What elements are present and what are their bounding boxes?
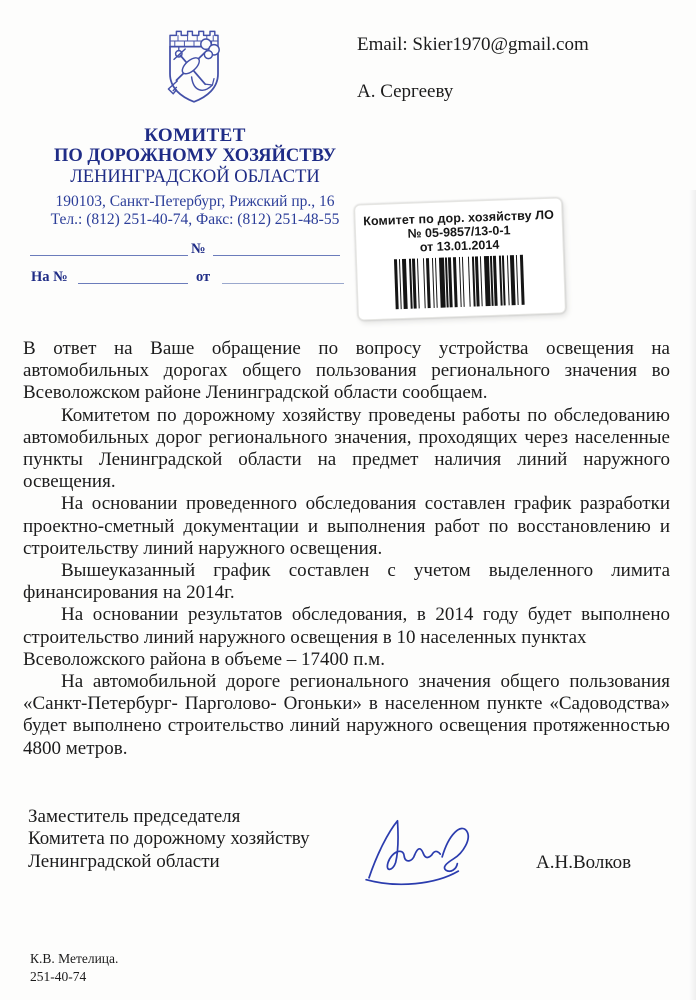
- body-line: автомобильных дорогах общего пользования…: [23, 360, 670, 382]
- body-line: строительству линий наружного освещения.: [23, 538, 670, 560]
- reply-to-number-label: На №: [31, 269, 68, 286]
- executor-block: К.В. Метелица. 251-40-74: [30, 950, 118, 985]
- number-sign-label: №: [191, 241, 206, 258]
- reply-number-blank-line: [78, 271, 188, 284]
- letter-page: КОМИТЕТ ПО ДОРОЖНОМУ ХОЗЯЙСТВУ ЛЕНИНГРАД…: [0, 0, 696, 1000]
- body-paragraph: Комитетом по дорожному хозяйству проведе…: [23, 405, 670, 494]
- signer-position-line: Заместитель председателя: [28, 806, 310, 828]
- body-line: строительство линий наружного освещения …: [23, 627, 670, 649]
- org-name-line1: КОМИТЕТ: [28, 125, 362, 147]
- body-line: пункты Ленинградской области на предмет …: [23, 449, 670, 471]
- body-text: В ответ на Ваше обращение по вопросу уст…: [23, 338, 670, 760]
- signer-position-block: Заместитель председателя Комитета по дор…: [28, 806, 310, 873]
- body-line: будет выполнено строительство линий нару…: [23, 715, 670, 737]
- outgoing-date-blank-line: [213, 243, 340, 256]
- signature-autograph: [350, 796, 502, 896]
- org-phone-fax: Тел.: (812) 251-40-74, Факс: (812) 251-4…: [28, 211, 362, 229]
- body-line: «Санкт-Петербург- Парголово- Огоньки» в …: [23, 693, 670, 715]
- coat-of-arms-icon: [154, 26, 234, 112]
- body-paragraph: В ответ на Ваше обращение по вопросу уст…: [23, 338, 670, 405]
- executor-phone: 251-40-74: [30, 968, 118, 986]
- body-paragraph: На основании проведенного обследования с…: [23, 493, 670, 560]
- body-paragraph: Вышеуказанный график составлен с учетом …: [23, 560, 670, 604]
- barcode: [394, 255, 528, 310]
- signer-name: А.Н.Волков: [536, 852, 631, 874]
- executor-name: К.В. Метелица.: [30, 950, 118, 968]
- signer-position-line: Комитета по дорожному хозяйству: [28, 828, 310, 850]
- body-line: финансирования на 2014г.: [23, 582, 670, 604]
- body-line: На основании проведенного обследования с…: [23, 493, 670, 515]
- body-line: На основании результатов обследования, в…: [23, 604, 670, 626]
- body-line: Всеволожского района в объеме – 17400 п.…: [23, 649, 670, 671]
- registration-stamp-sticker: Комитет по дор. хозяйству ЛО № 05-9857/1…: [354, 197, 566, 320]
- body-line: 4800 метров.: [23, 738, 670, 760]
- org-address: 190103, Санкт-Петербург, Рижский пр., 16: [28, 193, 362, 211]
- body-line: На автомобильной дороге регионального зн…: [23, 671, 670, 693]
- body-line: Комитетом по дорожному хозяйству проведе…: [23, 405, 670, 427]
- body-line: автомобильных дорог регионального значен…: [23, 427, 670, 449]
- body-line: Вышеуказанный график составлен с учетом …: [23, 560, 670, 582]
- body-paragraph: На основании результатов обследования, в…: [23, 604, 670, 671]
- recipient-addressee: А. Сергееву: [357, 81, 453, 103]
- outgoing-number-blank-line: [30, 243, 188, 256]
- reply-date-blank-line: [222, 271, 344, 284]
- org-name-line3: ЛЕНИНГРАДСКОЙ ОБЛАСТИ: [28, 167, 362, 188]
- from-date-label: от: [196, 269, 210, 286]
- body-line: В ответ на Ваше обращение по вопросу уст…: [23, 338, 670, 360]
- org-name-line2: ПО ДОРОЖНОМУ ХОЗЯЙСТВУ: [28, 146, 362, 167]
- body-line: проектно-сметный документации и выполнен…: [23, 516, 670, 538]
- body-line: Всеволожском районе Ленинградской област…: [23, 382, 670, 404]
- body-paragraph: На автомобильной дороге регионального зн…: [23, 671, 670, 760]
- recipient-email-line: Email: Skier1970@gmail.com: [357, 34, 589, 56]
- signer-position-line: Ленинградской области: [28, 851, 310, 873]
- body-line: освещения.: [23, 471, 670, 493]
- scan-edge-artifact: [689, 190, 696, 1000]
